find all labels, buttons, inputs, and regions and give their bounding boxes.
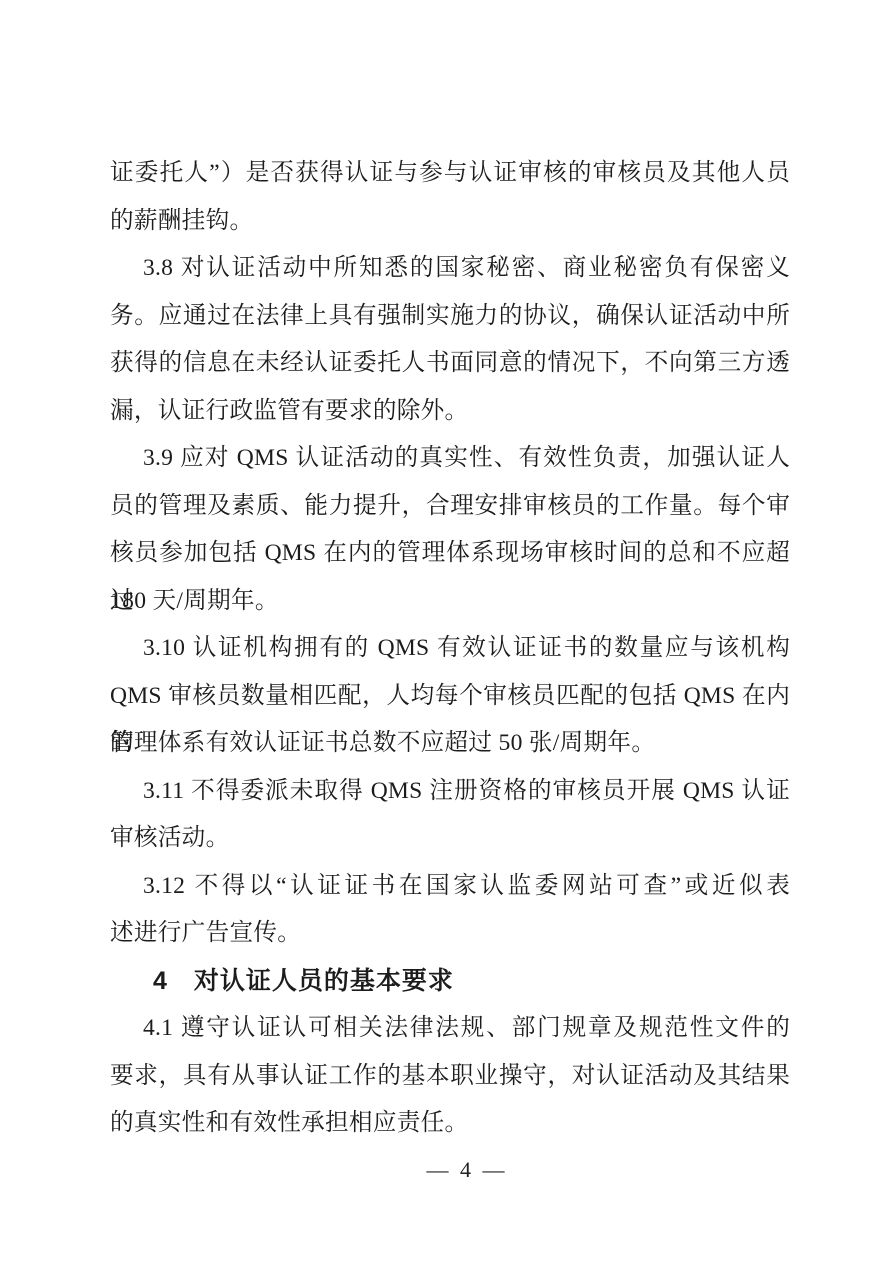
text-line: 员的管理及素质、能力提升，合理安排审核员的工作量。每个审 [110,483,790,531]
text-line: 证委托人”）是否获得认证与参与认证审核的审核员及其他人员 [110,150,790,198]
text-line: 3.9 应对 QMS 认证活动的真实性、有效性负责，加强认证人 [110,435,790,483]
text-line: 要求，具有从事认证工作的基本职业操守，对认证活动及其结果 [110,1053,790,1101]
text-line: 3.8 对认证活动中所知悉的国家秘密、商业秘密负有保密义 [110,245,790,293]
text-line: 核员参加包括 QMS 在内的管理体系现场审核时间的总和不应超过 [110,530,790,578]
page-footer: — 4 — [0,1154,892,1186]
text-line: 的真实性和有效性承担相应责任。 [110,1100,790,1148]
text-line: 漏，认证行政监管有要求的除外。 [110,388,790,436]
page-number: — 4 — [427,1154,508,1186]
text-line: 3.11 不得委派未取得 QMS 注册资格的审核员开展 QMS 认证 [110,768,790,816]
document-page: 证委托人”）是否获得认证与参与认证审核的审核员及其他人员的薪酬挂钩。3.8 对认… [0,0,892,1262]
text-line: 务。应通过在法律上具有强制实施力的协议，确保认证活动中所 [110,293,790,341]
text-line: 3.10 认证机构拥有的 QMS 有效认证证书的数量应与该机构 [110,625,790,673]
text-line: 获得的信息在未经认证委托人书面同意的情况下，不向第三方透 [110,340,790,388]
text-line: 审核活动。 [110,815,790,863]
text-block: 证委托人”）是否获得认证与参与认证审核的审核员及其他人员的薪酬挂钩。3.8 对认… [110,150,790,1148]
text-line: 4.1 遵守认证认可相关法律法规、部门规章及规范性文件的 [110,1005,790,1053]
text-line: 的薪酬挂钩。 [110,198,790,246]
text-line: 述进行广告宣传。 [110,910,790,958]
section-heading: 4 对认证人员的基本要求 [110,958,790,1006]
text-line: 管理体系有效认证证书总数不应超过 50 张/周期年。 [110,720,790,768]
text-line: 3.12 不得以“认证证书在国家认监委网站可查”或近似表 [110,863,790,911]
text-line: 180 天/周期年。 [110,578,790,626]
text-line: QMS 审核员数量相匹配，人均每个审核员匹配的包括 QMS 在内的 [110,673,790,721]
